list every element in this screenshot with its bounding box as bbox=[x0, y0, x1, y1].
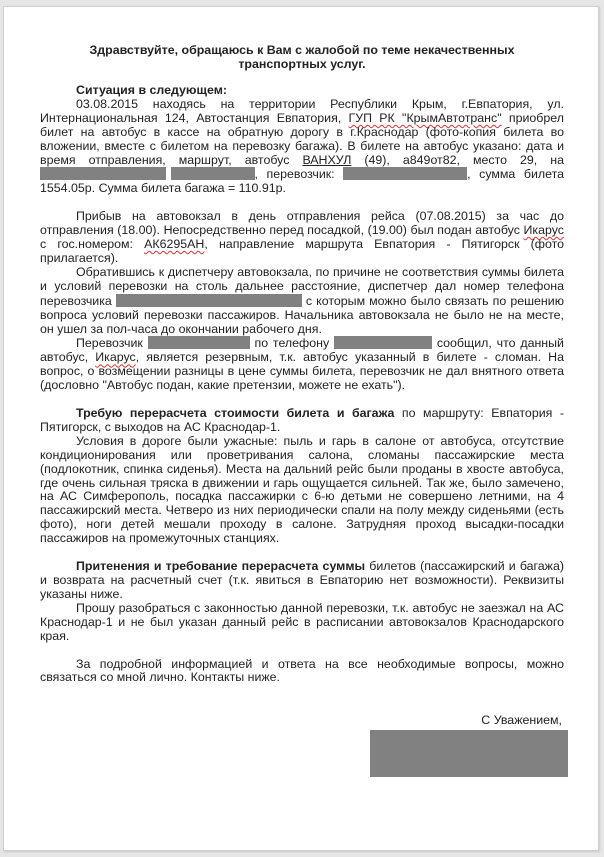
bus-model: ВАНХУЛ bbox=[302, 153, 351, 167]
redacted-destination-a bbox=[40, 167, 166, 180]
paragraph-ticket-purchase: 03.08.2015 находясь на территории Респуб… bbox=[40, 98, 564, 196]
redacted-destination-b bbox=[171, 167, 255, 180]
paragraph-contact: За подробной информацией и ответа на все… bbox=[40, 658, 564, 686]
signature-closing: С Уважением, bbox=[481, 713, 562, 727]
document-title: Здравствуйте, обращаюсь к Вам с жалобой … bbox=[40, 43, 564, 71]
situation-heading: Ситуация в следующем: bbox=[40, 84, 564, 98]
redacted-phone-number bbox=[334, 336, 432, 349]
redacted-carrier bbox=[343, 167, 467, 180]
paragraph-conditions: Условия в дороге были ужасные: пыль и га… bbox=[40, 435, 564, 546]
paragraph-arrival: Прибыв на автовокзал в день отправления … bbox=[40, 210, 564, 266]
bus-plate-number: АК6295АН bbox=[144, 237, 204, 251]
document-body: Здравствуйте, обращаюсь к Вам с жалобой … bbox=[40, 43, 564, 685]
redacted-carrier-phone bbox=[116, 294, 302, 307]
redacted-signature bbox=[370, 730, 568, 777]
paragraph-recalculation-demand: Требую перерасчета стоимости билета и ба… bbox=[40, 407, 564, 435]
paragraph-claims: Притенения и требование перерасчета сумм… bbox=[40, 560, 564, 602]
paragraph-carrier-call: Перевозчик по телефону сообщил, что данн… bbox=[40, 336, 564, 393]
redacted-carrier-name bbox=[148, 336, 250, 349]
paragraph-legality-request: Прошу разобраться с законностью данной п… bbox=[40, 602, 564, 644]
company-name: ГУП РК "КрымАвтотранс" bbox=[349, 111, 502, 125]
document-page: Здравствуйте, обращаюсь к Вам с жалобой … bbox=[3, 6, 599, 851]
paragraph-dispatcher: Обратившись к диспетчеру автовокзала, по… bbox=[40, 266, 564, 337]
